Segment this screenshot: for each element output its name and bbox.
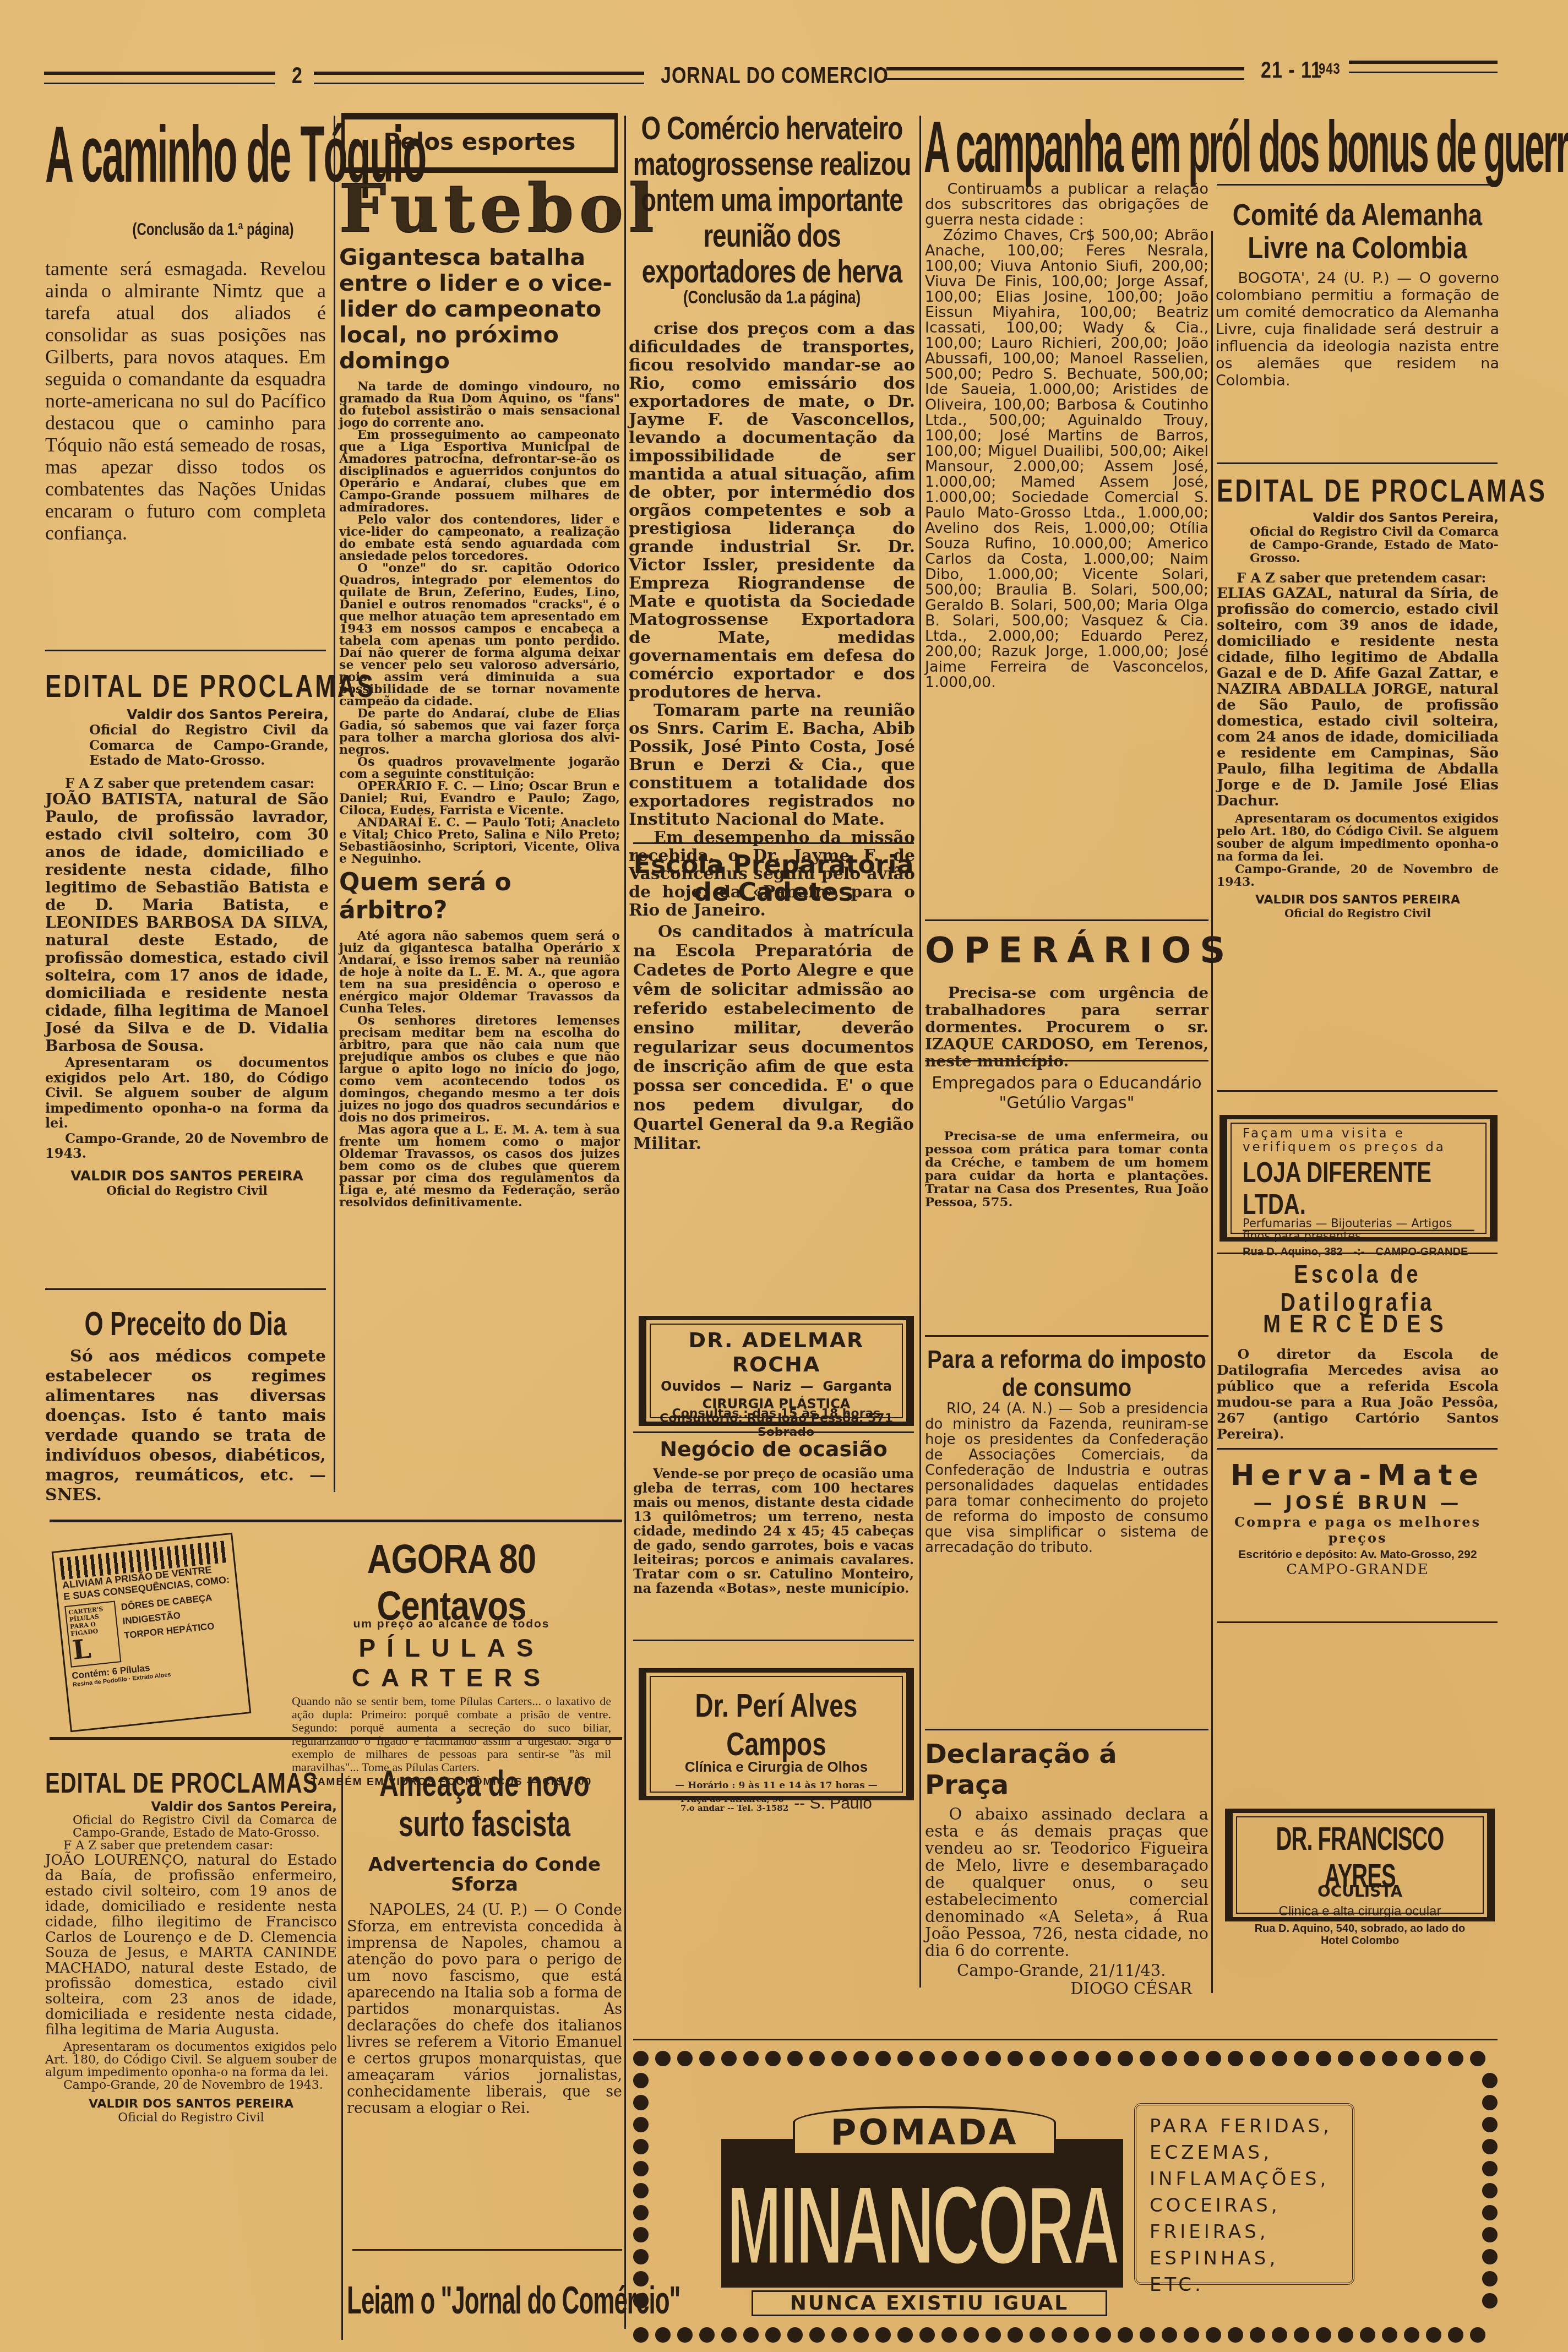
divider xyxy=(925,1335,1208,1337)
article-body: Os canditados à matrícula na Escola Prep… xyxy=(633,922,914,1153)
edital-intro: F A Z saber que pretendem casar: xyxy=(45,776,329,791)
address-line: 7.o andar -- Tel. 3-1582 xyxy=(680,1804,788,1812)
officer-desc: Oficial do Registro Civil da Comarca de … xyxy=(73,1814,337,1839)
paragraph: Até agora não sabemos quem será o juiz d… xyxy=(339,930,620,1015)
preceito-title: O Preceito do Dia xyxy=(45,1305,326,1343)
article-reforma: Para a reforma do imposto de consumo RIO… xyxy=(925,1346,1208,1555)
article-herva-mate: O Comércio hervateiro matogrossense real… xyxy=(629,110,915,919)
desc: Clinica e alta cirurgia ocular xyxy=(1242,1904,1478,1919)
edital-proclamas-2: EDITAL DE PROCLAMAS Valdir dos Santos Pe… xyxy=(1217,473,1499,920)
ad-peri-alves-campos: Dr. Perí Alves Campos Clínica e Cirurgia… xyxy=(639,1668,914,1800)
edital-docs: Apresentaram os documentos exigidos pelo… xyxy=(45,2041,337,2079)
divider xyxy=(352,2249,622,2251)
ad-body: Compra e paga os melhores preços xyxy=(1217,1514,1499,1546)
divider xyxy=(1217,1090,1498,1092)
leiam-jornal-slogan: Leiam o "Jornal do Comércio" xyxy=(347,2279,680,2323)
preceito-do-dia: O Preceito do Dia Só aos médicos compete… xyxy=(45,1305,326,1505)
article-futebol: Pelos esportes Futebol Gigantesca batalh… xyxy=(339,113,620,1208)
article-cadetes: Escola Preparatória de Cadetes Os candit… xyxy=(633,851,914,1153)
masthead-rule xyxy=(886,67,1244,80)
divider xyxy=(45,650,326,651)
headline: Empregados para o Educandário "Getúlio V… xyxy=(925,1074,1208,1113)
use-item: INFLAMAÇÕES, xyxy=(1150,2166,1339,2192)
article-body: tamente será esmagada. Revelou ainda o a… xyxy=(45,258,326,544)
article-body: BOGOTA', 24 (U. P.) — O governo colombia… xyxy=(1216,270,1499,389)
divider xyxy=(633,842,914,844)
signature: DIOGO CÉSAR xyxy=(925,1979,1208,1998)
paragraph: Mas agora que a L. E. M. A. tem à sua fr… xyxy=(339,1124,620,1208)
store-name: LOJA DIFERENTE LTDA. xyxy=(1243,1157,1474,1231)
article-fascista: Ameaça de novo surto fascista Advertenci… xyxy=(347,1765,622,2117)
edital-docs: Apresentaram os documentos exigidos pelo… xyxy=(45,1055,329,1131)
divider xyxy=(1217,462,1498,464)
paragraph: OPERÁRIO F. C. — Lino; Oscar Brun e Dani… xyxy=(339,780,620,816)
declaracao-date: Campo-Grande, 21/11/43. xyxy=(925,1962,1208,1979)
signature-title: Oficial do Registro Civil xyxy=(45,2111,337,2125)
paragraph: Tomaram parte na reunião os Snrs. Carim … xyxy=(629,701,915,829)
article-body: O diretor da Escola de Datilografia Merc… xyxy=(1217,1346,1499,1442)
city: -- S. Paulo xyxy=(794,1794,872,1813)
consult-hours: Consultas : das 15 às 18 horas xyxy=(650,1407,903,1420)
uses-box: PARA FERIDAS,ECZEMAS,INFLAMAÇÕES,COCEIRA… xyxy=(1134,2103,1354,2285)
paragraph: Na tarde de domingo vindouro, no gramado… xyxy=(339,380,620,429)
doctor-name: Dr. Perí Alves Campos xyxy=(655,1686,897,1763)
paragraph: Os quadros provavelmente jogarão com a s… xyxy=(339,756,620,780)
carters-logo: CARTER'S PÍLULAS PARA O FÍGADO L xyxy=(64,1601,121,1668)
specialty: Garganta xyxy=(823,1379,892,1394)
edital-text: JOÃO LOURENÇO, natural do Estado da Baía… xyxy=(45,1853,337,2038)
edital-title: EDITAL DE PROCLAMAS xyxy=(1217,473,1499,509)
product-name: PÍLULAS CARTERS xyxy=(292,1633,611,1692)
ad-herva-mate-jose-brun: Herva-Mate — JOSÉ BRUN — Compra e paga o… xyxy=(1217,1459,1499,1578)
signature: VALDIR DOS SANTOS PEREIRA xyxy=(1217,893,1499,907)
use-item: COCEIRAS, xyxy=(1150,2192,1339,2219)
article-bonus: Contiruamos a publicar a relação dos sub… xyxy=(925,182,1208,690)
headline: OPERÁRIOS xyxy=(925,930,1208,971)
ad-loja-diferente: Façam uma visita e verifiquem os preços … xyxy=(1219,1115,1498,1242)
paragraph: Em prosseguimento ao campeonato que a Li… xyxy=(339,429,620,514)
headline: Escola Preparatória de Cadetes xyxy=(633,851,914,906)
page-number: 2 xyxy=(292,62,303,89)
headline: Negócio de ocasião xyxy=(633,1437,914,1461)
ad-bottom-rule xyxy=(50,1737,622,1740)
officer-name: Valdir dos Santos Pereira, xyxy=(1250,511,1499,525)
ad-educandario: Empregados para o Educandário "Getúlio V… xyxy=(925,1074,1208,1209)
doctor-name: DR. ADELMAR ROCHA xyxy=(655,1328,897,1376)
column-divider xyxy=(919,116,921,1988)
headline: Herva-Mate xyxy=(1217,1459,1499,1492)
column-divider xyxy=(624,116,626,2329)
edital-intro: F A Z saber que pretendem casar: xyxy=(1217,570,1499,586)
use-item: ECZEMAS, xyxy=(1150,2139,1339,2166)
address: Escritório e depósito: Av. Mato-Grosso, … xyxy=(1217,1548,1499,1561)
signature-title: Oficial do Registro Civil xyxy=(45,1184,329,1198)
edital-title: EDITAL DE PROCLAMAS xyxy=(45,669,329,705)
signature: VALDIR DOS SANTOS PEREIRA xyxy=(45,1168,329,1184)
ad-body: Quando não se sentir bem, tome Pílulas C… xyxy=(292,1695,611,1774)
divider xyxy=(633,1640,914,1641)
paragraph: O "onze" do sr. capitão Odorico Quadros,… xyxy=(339,562,620,707)
specialty: Ouvidos xyxy=(661,1379,721,1394)
article-bonus-headline: A campanha em pról dos bonus de guerra xyxy=(924,110,1496,146)
newspaper-name: JORNAL DO COMERCIO xyxy=(661,62,889,89)
divider xyxy=(1217,184,1498,186)
divider xyxy=(925,1729,1208,1730)
headline: Declaração á Praça xyxy=(925,1739,1208,1800)
officer-desc: Oficial do Registro Civil da Comarca de … xyxy=(1250,525,1499,565)
masthead-rule xyxy=(44,72,275,84)
address-line: Praça do Patriarca, 96 xyxy=(680,1795,788,1804)
merchant-name: — JOSÉ BRUN — xyxy=(1217,1492,1499,1514)
ad-operarios: OPERÁRIOS Precisa-se com urgência de tra… xyxy=(925,930,1208,1070)
ad-datilografia: Escola de Datilografia MERCEDES O direto… xyxy=(1217,1261,1499,1442)
divider xyxy=(45,1288,326,1290)
column-divider xyxy=(1211,231,1213,1993)
paragraph: De parte do Andaraí, clube de Elias Gadi… xyxy=(339,707,620,756)
invite: Façam uma visita e verifiquem os preços … xyxy=(1243,1127,1474,1155)
officer-name: Valdir dos Santos Pereira, xyxy=(73,1800,337,1814)
hours: — Horário : 9 às 11 e 14 às 17 horas — xyxy=(655,1780,897,1791)
column-divider xyxy=(334,116,335,1492)
signature: VALDIR DOS SANTOS PEREIRA xyxy=(45,2097,337,2111)
headline: O Comércio hervateiro matogrossense real… xyxy=(629,110,915,289)
subhead: (Conclusão da 1.a página) xyxy=(629,286,915,308)
specialty: Nariz xyxy=(753,1379,791,1394)
edital-proclamas-1: EDITAL DE PROCLAMAS Valdir dos Santos Pe… xyxy=(45,669,329,1198)
edital-date: Campo-Grande, 20 de Novembro de 1943. xyxy=(45,1131,329,1161)
headline: Comité da Alemanha Livre na Colombia xyxy=(1216,198,1499,264)
paragraph: Pelo valor dos contendores, lider e vice… xyxy=(339,514,620,562)
intro: Contiruamos a publicar a relação dos sub… xyxy=(925,182,1208,228)
city: CAMPO-GRANDE xyxy=(1217,1561,1499,1578)
issue-date: 21 - 11 xyxy=(1261,57,1322,84)
ad-pilulas-carters: ALIVIAM A PRISÃO DE VENTRE E SUAS CONSEQ… xyxy=(50,1525,622,1734)
ad-top-rule xyxy=(50,1520,622,1522)
headline: Ameaça de novo surto fascista xyxy=(347,1765,622,1845)
headline: Para a reforma do imposto de consumo xyxy=(925,1346,1208,1402)
article-body: O abaixo assinado declara a esta e ás de… xyxy=(925,1806,1208,1959)
signature-title: Oficial do Registro Civil xyxy=(1217,907,1499,920)
section-label: Pelos esportes xyxy=(345,128,614,155)
brand-name: MINANCORA xyxy=(727,2161,1118,2290)
article-comite: Comité da Alemanha Livre na Colombia BOG… xyxy=(1216,198,1499,389)
slogan: NUNCA EXISTIU IGUAL xyxy=(752,2290,1107,2316)
edital-text: JOÃO BATISTA, natural de São Paulo, de p… xyxy=(45,791,329,1055)
officer-name: Valdir dos Santos Pereira, xyxy=(89,706,329,722)
deck: Gigantesca batalha entre o lider e o vic… xyxy=(339,244,620,374)
subhead-arbitro: Quem será o árbitro? xyxy=(339,868,620,924)
headline: A caminho de Tóquio xyxy=(45,116,326,292)
issue-year: 943 xyxy=(1319,60,1341,78)
article-body: Precisa-se de uma enfermeira, ou pessoa … xyxy=(925,1130,1208,1209)
article-body: NAPOLES, 24 (U. P.) — O Conde Sforza, em… xyxy=(347,1902,622,2117)
subhead: Advertencia do Conde Sforza xyxy=(347,1855,622,1894)
article-declaracao: Declaração á Praça O abaixo assinado dec… xyxy=(925,1739,1208,1998)
masthead-rule xyxy=(1349,61,1498,73)
use-item: FRIEIRAS, xyxy=(1150,2219,1339,2245)
ad-francisco-ayres: DR. FRANCISCO AYRES OCULISTA Clinica e a… xyxy=(1225,1809,1495,1921)
edital-text: ELIAS GAZAL, natural da Síria, de profis… xyxy=(1217,586,1499,809)
edital-intro: F A Z saber que pretendem casar: xyxy=(45,1839,337,1853)
column-divider xyxy=(341,1773,343,2340)
ad-pomada-minancora: POMADA MINANCORA NUNCA EXISTIU IGUAL PAR… xyxy=(633,2051,1498,2343)
article-body: RIO, 24 (A. N.) — Sob a presidencia do m… xyxy=(925,1401,1208,1555)
paragraph: Os senhores diretores lemenses precisam … xyxy=(339,1015,620,1124)
divider xyxy=(925,1060,1208,1061)
officer-desc: Oficial do Registro Civil da Comarca de … xyxy=(89,722,329,768)
article-tokyo: A caminho de Tóquio (Conclusão da 1.ª pá… xyxy=(45,110,326,544)
headline: Escola de Datilografia xyxy=(1217,1261,1499,1317)
use-item: ESPINHAS, ETC. xyxy=(1150,2245,1339,2298)
divider xyxy=(633,1431,914,1433)
edital-date: Campo-Grande, 20 de Novembro de 1943. xyxy=(1217,863,1499,889)
divider xyxy=(1217,1448,1498,1450)
address: Rua D. Aquino, 540, sobrado, ao lado do … xyxy=(1242,1923,1478,1947)
subscriber-list: Zózimo Chaves, Cr$ 500,00; Abrão Anache,… xyxy=(925,228,1208,690)
edital-docs: Apresentaram os documentos exigidos pelo… xyxy=(1217,813,1499,863)
article-body: Vende-se por preço de ocasião uma gleba … xyxy=(633,1467,914,1596)
futebol-headline: Futebol xyxy=(339,173,620,244)
edital-date: Campo-Grande, 20 de Novembro de 1943. xyxy=(45,2079,337,2092)
headline: A campanha em pról dos bonus de guerra xyxy=(924,110,1496,183)
ad-top-word: POMADA xyxy=(793,2106,1056,2155)
article-body: Precisa-se com urgência de trabalhadores… xyxy=(925,984,1208,1070)
subhead: (Conclusão da 1.ª página) xyxy=(100,220,326,240)
article-negocio: Negócio de ocasião Vende-se por preço de… xyxy=(633,1437,914,1596)
headline-name: MERCEDES xyxy=(1217,1310,1499,1339)
edital-title: EDITAL DE PROCLAMAS xyxy=(45,1767,337,1800)
divider xyxy=(1217,1621,1498,1623)
ad-headline: AGORA 80 Centavos xyxy=(292,1536,611,1630)
use-item: PARA FERIDAS, xyxy=(1150,2113,1339,2139)
divider xyxy=(925,919,1208,921)
divider xyxy=(1217,1253,1498,1254)
masthead-rule xyxy=(314,72,644,84)
edital-proclamas-3: EDITAL DE PROCLAMAS Valdir dos Santos Pe… xyxy=(45,1767,337,2125)
paragraph: crise dos preços com a das dificuldades … xyxy=(629,320,915,701)
pill-box-illustration: ALIVIAM A PRISÃO DE VENTRE E SUAS CONSEQ… xyxy=(52,1533,252,1733)
doctor-name: DR. FRANCISCO AYRES xyxy=(1242,1821,1478,1895)
preceito-body: Só aos médicos compete estabelecer os re… xyxy=(45,1347,326,1505)
paragraph: ANDARAÍ E. C. — Paulo Toti; Anacleto e V… xyxy=(339,816,620,865)
divider xyxy=(633,2039,1498,2040)
